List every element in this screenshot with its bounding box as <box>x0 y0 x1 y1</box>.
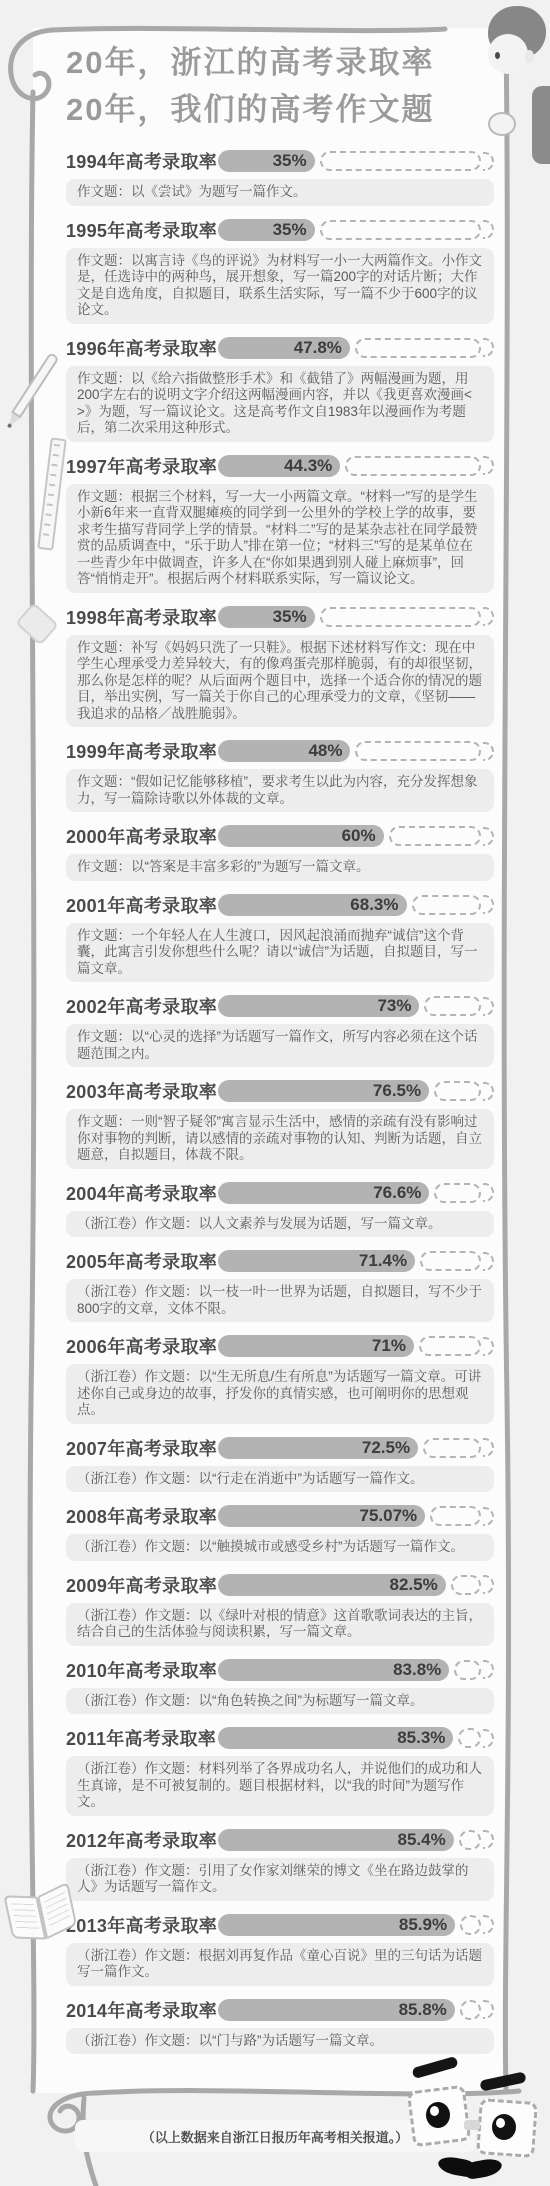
essay-topic: （浙江卷）作文题：以“生无所息/生有所息”为话题写一篇文章。可讲述你自己或身边的… <box>66 1364 494 1424</box>
rate-bar-track: 85.9% <box>218 1913 494 1937</box>
year-label: 2010年高考录取率 <box>66 1657 218 1683</box>
rate-row-head: 2009年高考录取率 82.5% <box>66 1573 494 1597</box>
rate-bar-track: 35% <box>218 605 494 629</box>
rate-value: 73% <box>377 996 411 1016</box>
content-column: 20年，浙江的高考录取率 20年，我们的高考作文题 1994年高考录取率 35%… <box>66 40 494 2066</box>
rate-bar-remainder <box>424 996 481 1016</box>
rate-row-head: 1994年高考录取率 35% <box>66 149 494 173</box>
year-label: 1997年高考录取率 <box>66 453 218 479</box>
arrow-tip-icon <box>483 1507 494 1526</box>
arrow-tip-icon <box>483 827 494 846</box>
rate-value: 35% <box>273 220 307 240</box>
rate-row-head: 2006年高考录取率 71% <box>66 1334 494 1358</box>
rate-bar-fill: 73% <box>218 995 419 1017</box>
rate-row: 2004年高考录取率 76.6% （浙江卷）作文题：以人文素养与发展为话题，写一… <box>66 1181 494 1238</box>
rate-row: 2003年高考录取率 76.5% 作文题：一则“智子疑邻”寓言显示生活中，感情的… <box>66 1079 494 1169</box>
rate-value: 71% <box>372 1336 406 1356</box>
rate-bar-track: 35% <box>218 149 494 173</box>
rate-value: 68.3% <box>350 895 398 915</box>
arrow-tip-icon <box>483 456 494 475</box>
rate-row: 2005年高考录取率 71.4% （浙江卷）作文题：以一枝一叶一世界为话题，自拟… <box>66 1249 494 1322</box>
year-label: 2001年高考录取率 <box>66 892 218 918</box>
rate-row-head: 2013年高考录取率 85.9% <box>66 1913 494 1937</box>
essay-topic: （浙江卷）作文题：根据刘再复作品《童心百说》里的三句话为话题写一篇作文。 <box>66 1943 494 1986</box>
essay-topic: 作文题：一个年轻人在人生渡口，因风起浪涌而抛弃“诚信”这个背囊，此寓言引发你想些… <box>66 923 494 983</box>
arrow-tip-icon <box>483 220 494 239</box>
rate-value: 83.8% <box>393 1660 441 1680</box>
rate-bar-track: 85.4% <box>218 1828 494 1852</box>
rate-bar-track: 85.3% <box>218 1726 494 1750</box>
eyebrow-left <box>411 2056 458 2079</box>
rate-bar-track: 71.4% <box>218 1249 494 1273</box>
arrow-tip-icon <box>483 2000 494 2019</box>
rate-bar-remainder <box>355 741 481 761</box>
rate-bar-track: 47.8% <box>218 336 494 360</box>
year-label: 2009年高考录取率 <box>66 1572 218 1598</box>
essay-topic: 作文题：以“心灵的选择”为话题写一篇作文，所写内容必须在这个话题范围之内。 <box>66 1024 494 1067</box>
rate-row: 2007年高考录取率 72.5% （浙江卷）作文题：以“行走在消逝中”为话题写一… <box>66 1436 494 1493</box>
rate-bar-fill: 85.3% <box>218 1727 453 1749</box>
rate-row: 2009年高考录取率 82.5% （浙江卷）作文题：以《绿叶对根的情意》这首歌歌… <box>66 1573 494 1646</box>
rate-row: 2010年高考录取率 83.8% （浙江卷）作文题：以“角色转换之间”为标题写一… <box>66 1658 494 1715</box>
rate-bar-fill: 60% <box>218 825 384 847</box>
year-label: 2014年高考录取率 <box>66 1997 218 2023</box>
rate-bar-fill: 48% <box>218 740 350 762</box>
rate-bar-remainder <box>460 1915 481 1935</box>
arrow-tip-icon <box>483 895 494 914</box>
rate-bar-remainder <box>434 1081 481 1101</box>
boy-ear <box>525 50 534 63</box>
essay-topic: （浙江卷）作文题：材料列举了各界成功名人，并说他们的成功和人生真谛，是不可被复制… <box>66 1756 494 1816</box>
arrow-tip-icon <box>483 1082 494 1101</box>
essay-topic: （浙江卷）作文题：以“触摸城市或感受乡村”为话题写一篇作文。 <box>66 1534 494 1561</box>
rate-bar-track: 71% <box>218 1334 494 1358</box>
year-label: 1994年高考录取率 <box>66 148 218 174</box>
rate-row: 2008年高考录取率 75.07% （浙江卷）作文题：以“触摸城市或感受乡村”为… <box>66 1504 494 1561</box>
essay-topic: （浙江卷）作文题：以“行走在消逝中”为话题写一篇作文。 <box>66 1466 494 1493</box>
year-label: 2008年高考录取率 <box>66 1503 218 1529</box>
year-label: 1998年高考录取率 <box>66 604 218 630</box>
arrow-tip-icon <box>483 1183 494 1202</box>
rate-bar-fill: 35% <box>218 219 315 241</box>
rate-value: 85.8% <box>399 2000 447 2020</box>
rate-bar-track: 82.5% <box>218 1573 494 1597</box>
rate-bar-remainder <box>458 1728 481 1748</box>
rate-row: 2013年高考录取率 85.9% （浙江卷）作文题：根据刘再复作品《童心百说》里… <box>66 1913 494 1986</box>
arrow-tip-icon <box>483 1337 494 1356</box>
year-label: 2003年高考录取率 <box>66 1078 218 1104</box>
rate-value: 85.4% <box>398 1830 446 1850</box>
rate-bar-track: 60% <box>218 824 494 848</box>
rate-row-head: 2010年高考录取率 83.8% <box>66 1658 494 1682</box>
year-label: 2002年高考录取率 <box>66 993 218 1019</box>
rate-bar-track: 44.3% <box>218 454 494 478</box>
rate-value: 48% <box>308 741 342 761</box>
rate-bar-remainder <box>460 2000 481 2020</box>
rate-value: 44.3% <box>284 456 332 476</box>
rate-bar-remainder <box>412 895 482 915</box>
arrow-tip-icon <box>483 1575 494 1594</box>
rate-bar-remainder <box>459 1830 481 1850</box>
source-note: （以上数据来自浙江日报历年高考相关报道。） <box>142 2127 409 2146</box>
rate-bar-fill: 71.4% <box>218 1250 415 1272</box>
page-title-line1: 20年，浙江的高考录取率 <box>66 40 494 87</box>
rate-value: 72.5% <box>362 1438 410 1458</box>
boy-face <box>488 34 528 74</box>
rate-bar-remainder <box>320 607 481 627</box>
essay-topic: （浙江卷）作文题：以人文素养与发展为话题，写一篇文章。 <box>66 1211 494 1238</box>
rate-row-head: 2014年高考录取率 85.8% <box>66 1998 494 2022</box>
rate-row-head: 1995年高考录取率 35% <box>66 218 494 242</box>
essay-topic: 作文题：以《给六指做整形手术》和《截错了》两幅漫画为题，用200字左右的说明文字… <box>66 366 494 442</box>
rate-bar-fill: 44.3% <box>218 455 340 477</box>
boy-head-icon <box>486 6 550 164</box>
rate-bar-fill: 85.9% <box>218 1914 455 1936</box>
year-label: 1995年高考录取率 <box>66 217 218 243</box>
rate-value: 75.07% <box>360 1506 418 1526</box>
rate-row: 1995年高考录取率 35% 作文题：以寓言诗《鸟的评说》为材料写一小一大两篇作… <box>66 218 494 324</box>
rate-bar-fill: 85.8% <box>218 1999 455 2021</box>
rate-bar-fill: 71% <box>218 1335 414 1357</box>
rate-value: 47.8% <box>294 338 342 358</box>
year-label: 2006年高考录取率 <box>66 1333 218 1359</box>
rate-bar-remainder <box>454 1660 481 1680</box>
rate-row-head: 2002年高考录取率 73% <box>66 994 494 1018</box>
rate-row-head: 1997年高考录取率 44.3% <box>66 454 494 478</box>
rate-bar-fill: 72.5% <box>218 1437 418 1459</box>
rate-bar-track: 73% <box>218 994 494 1018</box>
rate-bar-remainder <box>434 1183 481 1203</box>
rate-value: 82.5% <box>389 1575 437 1595</box>
rate-bar-track: 83.8% <box>218 1658 494 1682</box>
rate-bar-fill: 68.3% <box>218 894 407 916</box>
year-label: 1999年高考录取率 <box>66 738 218 764</box>
rate-bar-fill: 47.8% <box>218 337 350 359</box>
rate-bar-track: 72.5% <box>218 1436 494 1460</box>
rate-row: 2012年高考录取率 85.4% （浙江卷）作文题：引用了女作家刘继荣的博文《坐… <box>66 1828 494 1901</box>
rows: 1994年高考录取率 35% 作文题：以《尝试》为题写一篇作文。 1995年高考… <box>66 149 494 2054</box>
rate-row: 1997年高考录取率 44.3% 作文题：根据三个材料，写一大一小两篇文章。“材… <box>66 454 494 593</box>
essay-topic: 作文题：以《尝试》为题写一篇作文。 <box>66 179 494 206</box>
year-label: 2004年高考录取率 <box>66 1180 218 1206</box>
rate-row: 2001年高考录取率 68.3% 作文题：一个年轻人在人生渡口，因风起浪涌而抛弃… <box>66 893 494 983</box>
eyebrow-right <box>479 2071 526 2091</box>
boy-body <box>532 86 550 164</box>
rate-value: 76.6% <box>373 1183 421 1203</box>
essay-topic: 作文题：以寓言诗《鸟的评说》为材料写一小一大两篇作文。小作文是，任选诗中的两种鸟… <box>66 248 494 324</box>
year-label: 2012年高考录取率 <box>66 1827 218 1853</box>
rate-bar-remainder <box>420 1251 481 1271</box>
year-label: 2000年高考录取率 <box>66 823 218 849</box>
rate-bar-fill: 83.8% <box>218 1659 449 1681</box>
rate-bar-remainder <box>320 151 481 171</box>
rate-row: 1996年高考录取率 47.8% 作文题：以《给六指做整形手术》和《截错了》两幅… <box>66 336 494 442</box>
rate-row: 1998年高考录取率 35% 作文题：补写《妈妈只洗了一只鞋》。根据下述材料写作… <box>66 605 494 728</box>
essay-topic: （浙江卷）作文题：以一枝一叶一世界为话题，自拟题目，写不少于800字的文章，文体… <box>66 1279 494 1322</box>
year-label: 1996年高考录取率 <box>66 335 218 361</box>
rate-bar-track: 76.5% <box>218 1079 494 1103</box>
page-title-line2: 20年，我们的高考作文题 <box>66 87 494 134</box>
rate-bar-remainder <box>451 1575 481 1595</box>
rate-bar-remainder <box>423 1438 481 1458</box>
rate-bar-track: 76.6% <box>218 1181 494 1205</box>
rate-bar-fill: 35% <box>218 150 315 172</box>
rate-bar-fill: 35% <box>218 606 315 628</box>
rate-row: 1999年高考录取率 48% 作文题：“假如记忆能够移植”，要求考生以此为内容，… <box>66 739 494 812</box>
rate-value: 35% <box>273 607 307 627</box>
rate-value: 85.9% <box>399 1915 447 1935</box>
rate-row-head: 2001年高考录取率 68.3% <box>66 893 494 917</box>
year-label: 2013年高考录取率 <box>66 1912 218 1938</box>
arrow-tip-icon <box>483 1830 494 1849</box>
rate-row-head: 2000年高考录取率 60% <box>66 824 494 848</box>
arrow-tip-icon <box>483 607 494 626</box>
rate-bar-track: 48% <box>218 739 494 763</box>
rate-row-head: 2004年高考录取率 76.6% <box>66 1181 494 1205</box>
essay-topic: 作文题：根据三个材料，写一大一小两篇文章。“材料一”写的是学生小新6年来一直背双… <box>66 484 494 593</box>
year-label: 2011年高考录取率 <box>66 1725 218 1751</box>
essay-topic: 作文题：“假如记忆能够移植”，要求考生以此为内容，充分发挥想象力，写一篇除诗歌以… <box>66 769 494 812</box>
year-label: 2005年高考录取率 <box>66 1248 218 1274</box>
rate-row-head: 2008年高考录取率 75.07% <box>66 1504 494 1528</box>
arrow-tip-icon <box>483 742 494 761</box>
rate-row-head: 2007年高考录取率 72.5% <box>66 1436 494 1460</box>
rate-bar-remainder <box>345 456 481 476</box>
rate-bar-fill: 85.4% <box>218 1829 454 1851</box>
rate-row: 2006年高考录取率 71% （浙江卷）作文题：以“生无所息/生有所息”为话题写… <box>66 1334 494 1424</box>
arrow-tip-icon <box>483 997 494 1016</box>
essay-topic: （浙江卷）作文题：以“门与路”为话题写一篇文章。 <box>66 2028 494 2055</box>
rate-bar-fill: 82.5% <box>218 1574 446 1596</box>
rate-bar-remainder <box>419 1336 481 1356</box>
glasses-face-icon <box>404 2058 550 2186</box>
rate-row: 1994年高考录取率 35% 作文题：以《尝试》为题写一篇作文。 <box>66 149 494 206</box>
rate-row-head: 1999年高考录取率 48% <box>66 739 494 763</box>
rate-bar-fill: 76.6% <box>218 1182 429 1204</box>
rate-bar-remainder <box>389 826 481 846</box>
arrow-tip-icon <box>483 1252 494 1271</box>
arrow-tip-icon <box>483 1729 494 1748</box>
rate-bar-remainder <box>430 1506 481 1526</box>
essay-topic: 作文题：补写《妈妈只洗了一只鞋》。根据下述材料写作文：现在中学生心理承受力差异较… <box>66 635 494 728</box>
rate-value: 71.4% <box>359 1251 407 1271</box>
rate-bar-track: 35% <box>218 218 494 242</box>
rate-bar-track: 68.3% <box>218 893 494 917</box>
essay-topic: （浙江卷）作文题：以《绿叶对根的情意》这首歌歌词表达的主旨，结合自己的生活体验与… <box>66 1603 494 1646</box>
eye-left <box>426 2102 450 2128</box>
essay-topic: 作文题：一则“智子疑邻”寓言显示生活中，感情的亲疏有没有影响过你对事物的判断，请… <box>66 1109 494 1169</box>
rate-row-head: 2005年高考录取率 71.4% <box>66 1249 494 1273</box>
arrow-tip-icon <box>483 338 494 357</box>
arrow-tip-icon <box>483 1438 494 1457</box>
eye-right <box>492 2114 516 2140</box>
rate-row-head: 2011年高考录取率 85.3% <box>66 1726 494 1750</box>
rate-bar-remainder <box>355 338 481 358</box>
rate-row: 2011年高考录取率 85.3% （浙江卷）作文题：材料列举了各界成功名人，并说… <box>66 1726 494 1816</box>
rate-bar-track: 85.8% <box>218 1998 494 2022</box>
arrow-tip-icon <box>483 1660 494 1679</box>
rate-bar-remainder <box>320 220 481 240</box>
rate-row: 2000年高考录取率 60% 作文题：以“答案是丰富多彩的”为题写一篇文章。 <box>66 824 494 881</box>
rate-row: 2002年高考录取率 73% 作文题：以“心灵的选择”为话题写一篇作文，所写内容… <box>66 994 494 1067</box>
boy-eye <box>495 52 500 59</box>
rate-row-head: 2012年高考录取率 85.4% <box>66 1828 494 1852</box>
rate-value: 35% <box>273 151 307 171</box>
year-label: 2007年高考录取率 <box>66 1435 218 1461</box>
rate-row-head: 1996年高考录取率 47.8% <box>66 336 494 360</box>
arrow-tip-icon <box>483 1915 494 1934</box>
essay-topic: （浙江卷）作文题：引用了女作家刘继荣的博文《坐在路边鼓掌的人》为话题写一篇作文。 <box>66 1858 494 1901</box>
essay-topic: （浙江卷）作文题：以“角色转换之间”为标题写一篇文章。 <box>66 1688 494 1715</box>
rate-bar-fill: 76.5% <box>218 1080 429 1102</box>
rate-row-head: 1998年高考录取率 35% <box>66 605 494 629</box>
infographic-page: 20年，浙江的高考录取率 20年，我们的高考作文题 1994年高考录取率 35%… <box>0 0 550 2186</box>
boy-hand <box>488 112 516 136</box>
rate-row: 2014年高考录取率 85.8% （浙江卷）作文题：以“门与路”为话题写一篇文章… <box>66 1998 494 2055</box>
rate-value: 85.3% <box>397 1728 445 1748</box>
rate-value: 76.5% <box>373 1081 421 1101</box>
rate-row-head: 2003年高考录取率 76.5% <box>66 1079 494 1103</box>
rate-value: 60% <box>342 826 376 846</box>
rate-bar-fill: 75.07% <box>218 1505 425 1527</box>
rate-bar-track: 75.07% <box>218 1504 494 1528</box>
glasses-bridge <box>464 2120 480 2130</box>
essay-topic: 作文题：以“答案是丰富多彩的”为题写一篇文章。 <box>66 854 494 881</box>
